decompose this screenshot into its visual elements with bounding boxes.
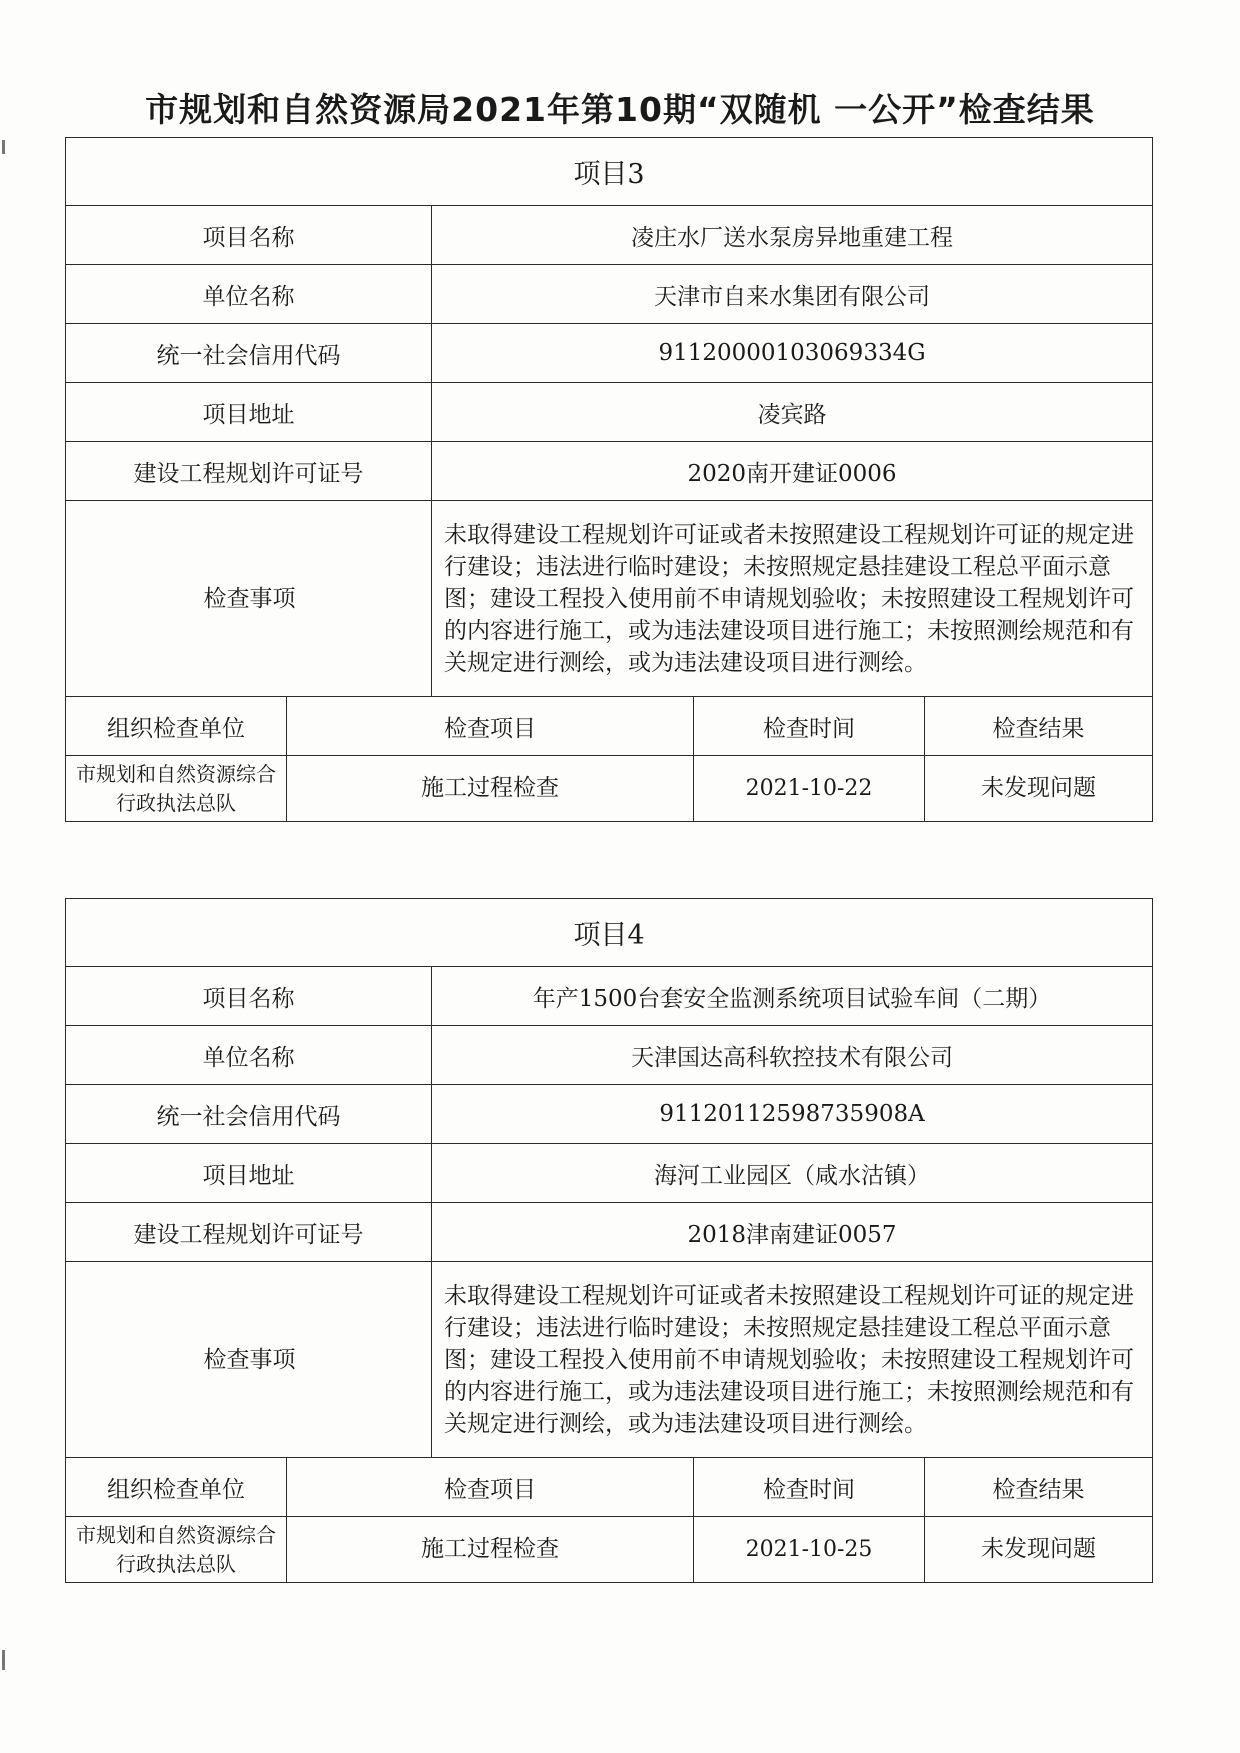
project-table-3: 项目3 项目名称 凌庄水厂送水泵房异地重建工程 单位名称 天津市自来水集团有限公… <box>65 137 1153 822</box>
label-credit-code: 统一社会信用代码 <box>66 324 432 383</box>
col-header-result: 检查结果 <box>925 697 1153 756</box>
label-permit-no: 建设工程规划许可证号 <box>66 442 432 501</box>
label-credit-code: 统一社会信用代码 <box>66 1085 432 1144</box>
label-address: 项目地址 <box>66 383 432 442</box>
value-credit-code: 91120000103069334G <box>432 324 1153 383</box>
label-permit-no: 建设工程规划许可证号 <box>66 1203 432 1262</box>
value-credit-code: 91120112598735908A <box>432 1085 1153 1144</box>
col-header-date: 检查时间 <box>694 697 925 756</box>
value-permit-no: 2018津南建证0057 <box>432 1203 1153 1262</box>
result-org: 市规划和自然资源综合行政执法总队 <box>66 1517 287 1583</box>
result-item: 施工过程检查 <box>287 1517 694 1583</box>
col-header-date: 检查时间 <box>694 1458 925 1517</box>
value-inspection-items: 未取得建设工程规划许可证或者未按照建设工程规划许可证的规定进行建设；违法进行临时… <box>432 501 1153 697</box>
label-project-name: 项目名称 <box>66 967 432 1026</box>
value-project-name: 年产1500台套安全监测系统项目试验车间（二期） <box>432 967 1153 1026</box>
project-table-4: 项目4 项目名称 年产1500台套安全监测系统项目试验车间（二期） 单位名称 天… <box>65 898 1153 1583</box>
value-unit-name: 天津国达高科软控技术有限公司 <box>432 1026 1153 1085</box>
col-header-org: 组织检查单位 <box>66 697 287 756</box>
project-heading: 项目3 <box>66 138 1153 206</box>
label-inspection-items: 检查事项 <box>66 501 432 697</box>
result-date: 2021-10-25 <box>694 1517 925 1583</box>
value-address: 凌宾路 <box>432 383 1153 442</box>
label-address: 项目地址 <box>66 1144 432 1203</box>
page-title: 市规划和自然资源局2021年第10期“双随机 一公开”检查结果 <box>0 84 1240 131</box>
result-date: 2021-10-22 <box>694 756 925 822</box>
label-project-name: 项目名称 <box>66 206 432 265</box>
result-outcome: 未发现问题 <box>925 1517 1153 1583</box>
value-address: 海河工业园区（咸水沽镇） <box>432 1144 1153 1203</box>
col-header-item: 检查项目 <box>287 697 694 756</box>
result-org: 市规划和自然资源综合行政执法总队 <box>66 756 287 822</box>
value-inspection-items: 未取得建设工程规划许可证或者未按照建设工程规划许可证的规定进行建设；违法进行临时… <box>432 1262 1153 1458</box>
value-unit-name: 天津市自来水集团有限公司 <box>432 265 1153 324</box>
value-project-name: 凌庄水厂送水泵房异地重建工程 <box>432 206 1153 265</box>
label-inspection-items: 检查事项 <box>66 1262 432 1458</box>
value-permit-no: 2020南开建证0006 <box>432 442 1153 501</box>
project-heading: 项目4 <box>66 899 1153 967</box>
scan-edge-mark <box>2 140 5 154</box>
result-outcome: 未发现问题 <box>925 756 1153 822</box>
label-unit-name: 单位名称 <box>66 1026 432 1085</box>
col-header-item: 检查项目 <box>287 1458 694 1517</box>
label-unit-name: 单位名称 <box>66 265 432 324</box>
col-header-result: 检查结果 <box>925 1458 1153 1517</box>
result-item: 施工过程检查 <box>287 756 694 822</box>
scan-edge-mark <box>2 1650 5 1670</box>
col-header-org: 组织检查单位 <box>66 1458 287 1517</box>
